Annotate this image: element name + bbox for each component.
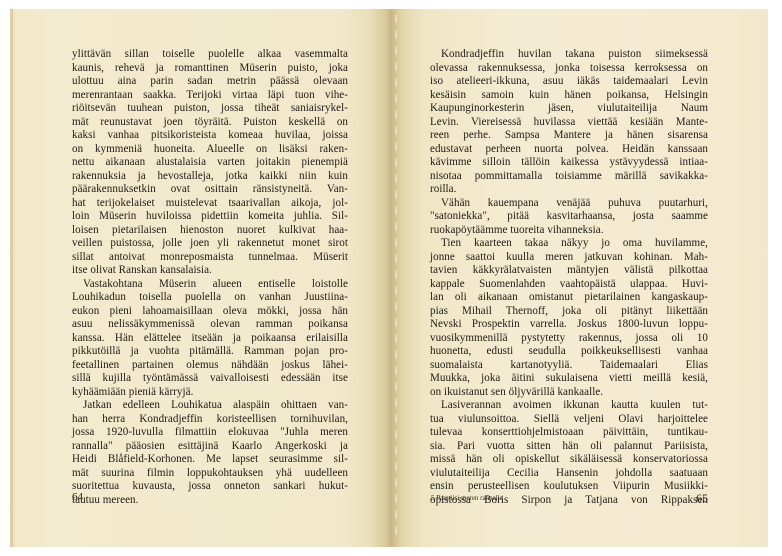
- text-line: tavien käkkyrälatvaisten mäntyjen välist…: [430, 264, 708, 278]
- text-line: merenrantaan saakka. Terijoki virtaa läp…: [72, 89, 348, 103]
- text-line: sia. Pari vuotta sitten hän oli palannut…: [430, 440, 708, 454]
- text-line: sillä kujilla työntämässä vaivalloisesti…: [72, 372, 348, 386]
- text-line: hat terijokelaiset muistelevat tsaarival…: [72, 197, 348, 211]
- text-line: kaksi vanhaa pitsikoristeista komeaa huv…: [72, 129, 348, 143]
- text-line: Kaupunginorkesterin jäsen, viulutaiteili…: [430, 102, 708, 116]
- left-page-number: 64: [72, 491, 83, 503]
- text-line: mät suurina filmin loppukohtauksen yhä u…: [72, 467, 348, 481]
- text-line: loisen pietarilaisen hienoston nuoret ku…: [72, 224, 348, 238]
- text-line: ruokapöytäämme tuoreita vihanneksia.: [430, 224, 708, 238]
- book-spread: ylittävän sillan toiselle puolelle alkaa…: [10, 9, 768, 547]
- text-line: missä hän oli opiskellut sikäläisessä ko…: [430, 453, 708, 467]
- gutter-binding: [395, 15, 397, 541]
- text-line: kävimme silloin tällöin kaikessa ystävyy…: [430, 156, 708, 170]
- text-line: ulottuu aina parin sadan metrin päässä o…: [72, 75, 348, 89]
- text-line: "satoniekka", pitää kasvitarhaansa, jost…: [430, 210, 708, 224]
- text-line: tautuu mereen.: [72, 494, 348, 508]
- text-line: tulevaa konserttiohjelmistoaan päivittäi…: [430, 426, 708, 440]
- text-line: pias Mihail Thernoff, joka oli pitänyt l…: [430, 305, 708, 319]
- text-line: loin Müserin huviloissa pidettiin komeit…: [72, 210, 348, 224]
- text-line: ylittävän sillan toiselle puolelle alkaa…: [72, 48, 348, 62]
- text-line: han herra Kondradjeffin koristeellisen t…: [72, 413, 348, 427]
- text-line: Kondradjeffin huvilan takana puiston sii…: [430, 48, 708, 62]
- text-line: Jatkan edelleen Louhikatua alaspäin ohit…: [72, 399, 348, 413]
- text-line: on ikuistanut sen öljyvärillä kankaalle.: [430, 386, 708, 400]
- left-page-text: ylittävän sillan toiselle puolelle alkaa…: [72, 48, 348, 507]
- text-line: riöitsevän tuuhean puiston, jossa tiheät…: [72, 102, 348, 116]
- text-line: vuosikymmenillä pystytetty rakennus, jos…: [430, 332, 708, 346]
- text-line: kanssa. Hän elättelee itseään ja poikaan…: [72, 332, 348, 346]
- text-line: Lasiverannan avoimen ikkunan kautta kuul…: [430, 399, 708, 413]
- text-line: Vähän kauempana venäjää puhuva puutarhur…: [430, 197, 708, 211]
- text-line: päärakennuksetkin ovat osittain ränsisty…: [72, 183, 348, 197]
- text-line: tua viulunsoittoa. Siellä veljeni Olavi …: [430, 413, 708, 427]
- text-line: lan oli aikanaan omistanut pietarilainen…: [430, 291, 708, 305]
- text-line: suoritettua kuvausta, jossa onneton sank…: [72, 480, 348, 494]
- text-line: jonne saattoi kuulla meren jatkuvan kohi…: [430, 251, 708, 265]
- text-line: feetallinen partainen olemus nähdään jos…: [72, 359, 348, 373]
- text-line: reen perhe. Sampsa Mantere ja hänen sisa…: [430, 129, 708, 143]
- text-line: itse olivat Ranskan kansalaisia.: [72, 264, 348, 278]
- text-line: kyhäämiään pieniä kärryjä.: [72, 386, 348, 400]
- text-line: veillen puistossa, jolle joen yli rakenn…: [72, 237, 348, 251]
- text-line: ensin perusteellisen koulutuksen Viipuri…: [430, 480, 708, 494]
- text-line: pikkutöillä ja vuohta pitämällä. Ramman …: [72, 345, 348, 359]
- text-line: asuu nelissäkymmenissä olevan ramman poi…: [72, 318, 348, 332]
- signature-mark: 5 Paratiisi meren rannalla: [431, 494, 503, 502]
- right-page-text: Kondradjeffin huvilan takana puiston sii…: [430, 48, 708, 507]
- text-line: olevassa rakennuksessa, jonka toisessa k…: [430, 62, 708, 76]
- text-line: rakennuksia ja hevostalleja, jotka kaikk…: [72, 170, 348, 184]
- right-page-number: 65: [696, 491, 708, 506]
- text-line: iso atelieeri-ikkuna, asuu iäkäs taidema…: [430, 75, 708, 89]
- text-line: nisotaa pommittamalla toisiamme märillä …: [430, 170, 708, 184]
- text-line: Tien kaarteen takaa näkyy jo oma huvilam…: [430, 237, 708, 251]
- text-line: kaunis, rehevä ja romanttinen Müserin pu…: [72, 62, 348, 76]
- text-line: sillat antoivat monreposmaista tunnelmaa…: [72, 251, 348, 265]
- text-line: Levin. Viereisessä huvilassa viettää kes…: [430, 116, 708, 130]
- text-line: Heidi Blåfield-Korhonen. Me lapset seura…: [72, 453, 348, 467]
- text-line: Louhikadun toisella puolella on vanhan J…: [72, 291, 348, 305]
- text-line: roilla.: [430, 183, 708, 197]
- text-line: kesäisin samoin kuin hänen poikansa, Hel…: [430, 89, 708, 103]
- text-line: nettu aikanaan alustalaisia varten joita…: [72, 156, 348, 170]
- right-page: Kondradjeffin huvilan takana puiston sii…: [391, 9, 768, 547]
- text-line: edustavat perheen nuorta polvea. Heidän …: [430, 143, 708, 157]
- text-line: on kymmeniä huoneita. Alueelle on lisäks…: [72, 143, 348, 157]
- text-line: Nevski Prospektin varrella. Joskus 1800-…: [430, 318, 708, 332]
- text-line: kappale Suomenlahden vaahtopäistä ulappa…: [430, 278, 708, 292]
- text-line: Muukka, joka äitini sukulaisena vietti m…: [430, 372, 708, 386]
- text-line: mät reunustavat joen töyräitä. Puiston k…: [72, 116, 348, 130]
- text-line: suomalaista kartanotyyliä. Taidemaalari …: [430, 359, 708, 373]
- text-line: huonetta, edusti seudulla poikkeuksellis…: [430, 345, 708, 359]
- text-line: eukon pieni lahoamaisillaan oleva mökki,…: [72, 305, 348, 319]
- text-line: jossa 1920-luvulla filmattiin elokuvaa "…: [72, 426, 348, 440]
- text-line: Vastakohtana Müserin alueen entiselle lo…: [72, 278, 348, 292]
- left-page: ylittävän sillan toiselle puolelle alkaa…: [10, 9, 391, 547]
- text-line: rannalla" pääosien esittäjinä Kaarlo Ang…: [72, 440, 348, 454]
- text-line: viulutaiteilija Cecilia Hansenin johdoll…: [430, 467, 708, 481]
